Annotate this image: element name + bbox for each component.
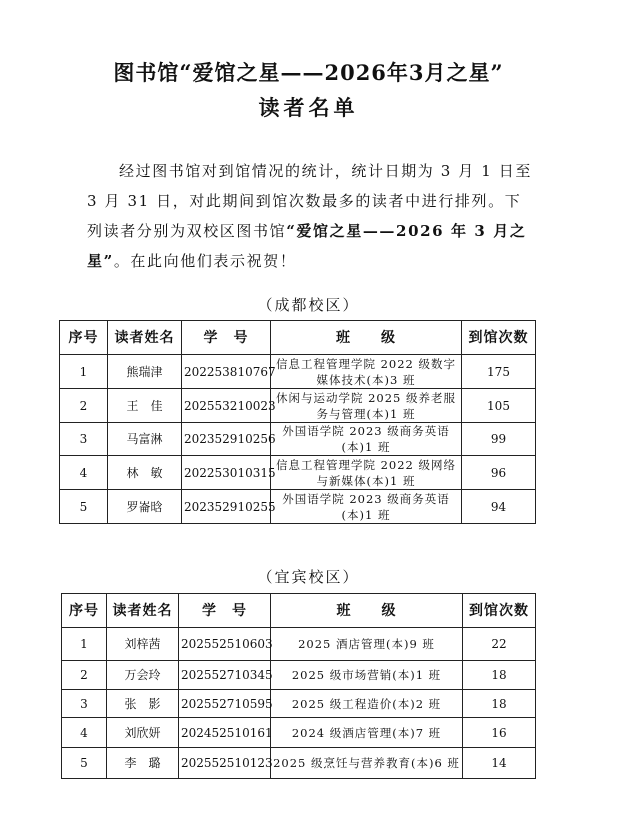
cell-no: 3 [62, 690, 107, 718]
table-row: 2 王 佳 202553210023 休闲与运动学院 2025 级养老服务与管理… [60, 389, 536, 423]
cell-visits: 22 [463, 628, 536, 661]
col-header-visits: 到馆次数 [463, 594, 536, 628]
cell-class: 信息工程管理学院 2022 级数字媒体技术(本)3 班 [271, 355, 462, 389]
chengdu-roster-table: 序号 读者姓名 学 号 班 级 到馆次数 1 熊瑞津 202253810767 … [59, 320, 536, 524]
table-row: 1 熊瑞津 202253810767 信息工程管理学院 2022 级数字媒体技术… [60, 355, 536, 389]
table-row: 1 刘梓茜 202552510603 2025 酒店管理(本)9 班 22 [62, 628, 536, 661]
col-header-class: 班 级 [271, 321, 462, 355]
table-header-row: 序号 读者姓名 学 号 班 级 到馆次数 [62, 594, 536, 628]
cell-no: 4 [60, 456, 108, 490]
cell-no: 5 [62, 748, 107, 779]
cell-visits: 14 [463, 748, 536, 779]
table-row: 3 张 影 202552710595 2025 级工程造价(本)2 班 18 [62, 690, 536, 718]
col-header-name: 读者姓名 [107, 594, 179, 628]
cell-name: 熊瑞津 [108, 355, 182, 389]
cell-visits: 175 [462, 355, 536, 389]
cell-name: 刘欣妍 [107, 718, 179, 748]
cell-class: 2025 级烹饪与营养教育(本)6 班 [271, 748, 463, 779]
cell-class: 外国语学院 2023 级商务英语(本)1 班 [271, 490, 462, 524]
col-header-name: 读者姓名 [108, 321, 182, 355]
cell-class: 2024 级酒店管理(本)7 班 [271, 718, 463, 748]
cell-no: 2 [62, 661, 107, 690]
table-header-row: 序号 读者姓名 学 号 班 级 到馆次数 [60, 321, 536, 355]
table-row: 5 罗崙晗 202352910255 外国语学院 2023 级商务英语(本)1 … [60, 490, 536, 524]
col-header-visits: 到馆次数 [462, 321, 536, 355]
cell-student-id: 202553210023 [182, 389, 271, 423]
cell-name: 林 敏 [108, 456, 182, 490]
intro-paragraph: 经过图书馆对到馆情况的统计，统计日期为 3 月 1 日至 3 月 31 日，对此… [87, 156, 537, 276]
col-header-class: 班 级 [271, 594, 463, 628]
table-row: 3 马富淋 202352910256 外国语学院 2023 级商务英语(本)1 … [60, 423, 536, 456]
table-row: 2 万会玲 202552710345 2025 级市场营销(本)1 班 18 [62, 661, 536, 690]
cell-name: 马富淋 [108, 423, 182, 456]
cell-name: 王 佳 [108, 389, 182, 423]
cell-name: 万会玲 [107, 661, 179, 690]
cell-visits: 94 [462, 490, 536, 524]
cell-no: 1 [60, 355, 108, 389]
cell-no: 4 [62, 718, 107, 748]
yibin-campus-label: （宜宾校区） [0, 566, 617, 587]
document-subtitle: 读者名单 [0, 92, 617, 122]
cell-class: 2025 级工程造价(本)2 班 [271, 690, 463, 718]
yibin-roster-table: 序号 读者姓名 学 号 班 级 到馆次数 1 刘梓茜 202552510603 … [61, 593, 536, 779]
cell-student-id: 202253010315 [182, 456, 271, 490]
cell-student-id: 202552510123 [179, 748, 271, 779]
cell-student-id: 202552710595 [179, 690, 271, 718]
chengdu-campus-label: （成都校区） [0, 294, 617, 315]
cell-class: 休闲与运动学院 2025 级养老服务与管理(本)1 班 [271, 389, 462, 423]
cell-class: 外国语学院 2023 级商务英语(本)1 班 [271, 423, 462, 456]
intro-closing: 。在此向他们表示祝贺！ [114, 252, 297, 270]
col-header-student-id: 学 号 [182, 321, 271, 355]
cell-no: 2 [60, 389, 108, 423]
cell-visits: 18 [463, 690, 536, 718]
cell-class: 信息工程管理学院 2022 级网络与新媒体(本)1 班 [271, 456, 462, 490]
cell-class: 2025 酒店管理(本)9 班 [271, 628, 463, 661]
col-header-student-id: 学 号 [179, 594, 271, 628]
cell-visits: 96 [462, 456, 536, 490]
cell-student-id: 202552510603 [179, 628, 271, 661]
table-row: 4 刘欣妍 202452510161 2024 级酒店管理(本)7 班 16 [62, 718, 536, 748]
cell-no: 3 [60, 423, 108, 456]
cell-no: 5 [60, 490, 108, 524]
cell-name: 张 影 [107, 690, 179, 718]
table-row: 4 林 敏 202253010315 信息工程管理学院 2022 级网络与新媒体… [60, 456, 536, 490]
document-title: 图书馆“爱馆之星——2026年3月之星” [0, 57, 617, 87]
col-header-no: 序号 [62, 594, 107, 628]
cell-name: 李 璐 [107, 748, 179, 779]
cell-visits: 105 [462, 389, 536, 423]
cell-visits: 18 [463, 661, 536, 690]
cell-class: 2025 级市场营销(本)1 班 [271, 661, 463, 690]
cell-student-id: 202352910255 [182, 490, 271, 524]
cell-student-id: 202352910256 [182, 423, 271, 456]
col-header-no: 序号 [60, 321, 108, 355]
cell-name: 刘梓茜 [107, 628, 179, 661]
cell-no: 1 [62, 628, 107, 661]
cell-visits: 99 [462, 423, 536, 456]
table-row: 5 李 璐 202552510123 2025 级烹饪与营养教育(本)6 班 1… [62, 748, 536, 779]
cell-student-id: 202452510161 [179, 718, 271, 748]
cell-student-id: 202552710345 [179, 661, 271, 690]
cell-student-id: 202253810767 [182, 355, 271, 389]
cell-visits: 16 [463, 718, 536, 748]
cell-name: 罗崙晗 [108, 490, 182, 524]
